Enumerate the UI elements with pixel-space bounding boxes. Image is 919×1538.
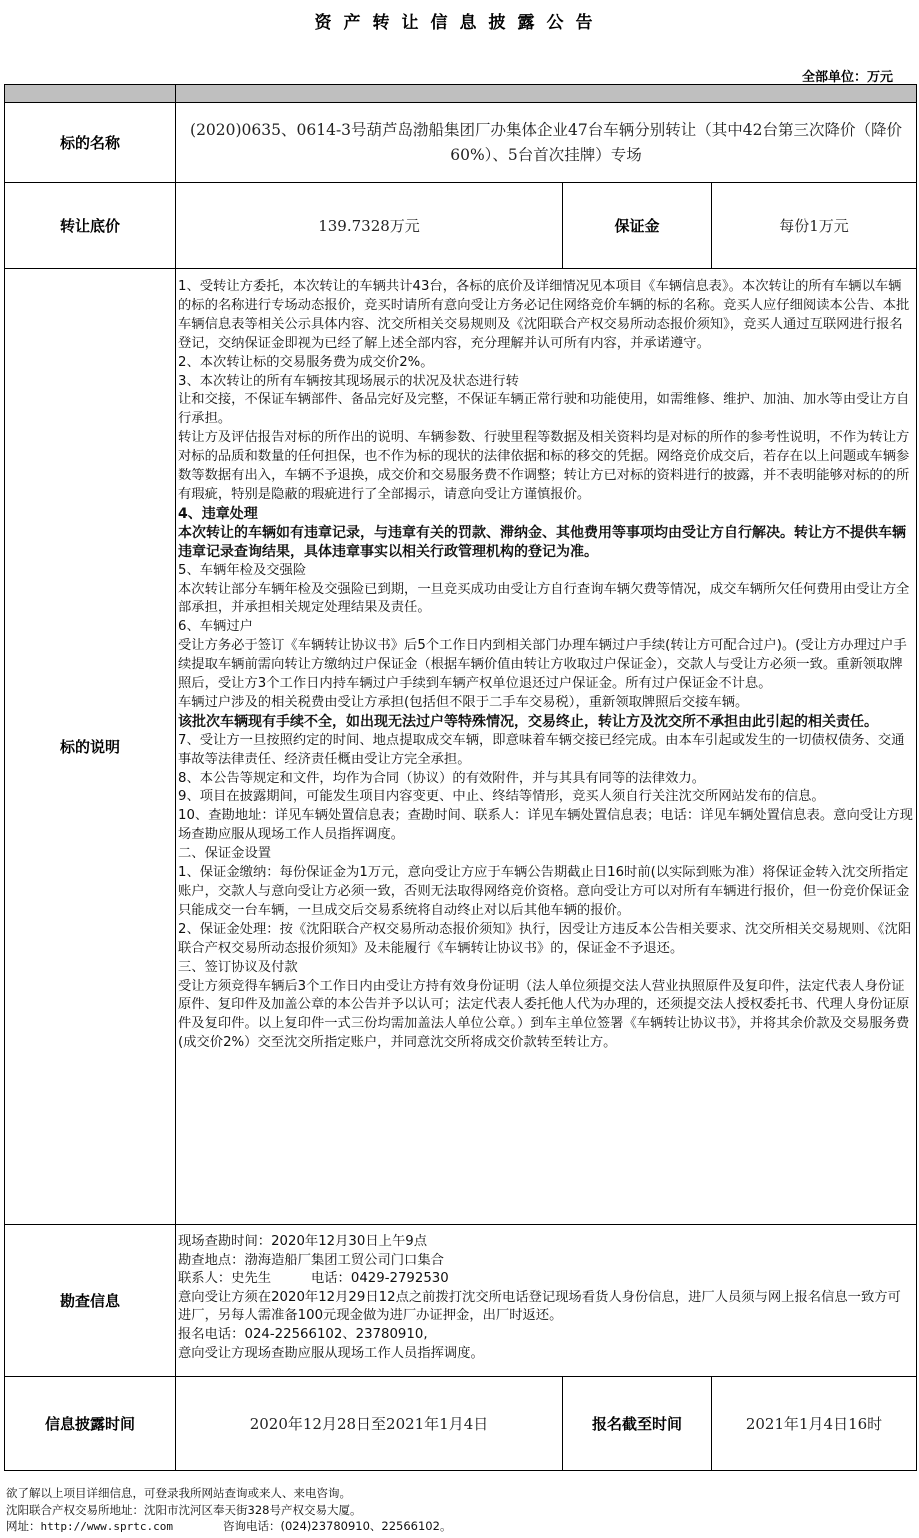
reserve-price-value: 139.7328万元 bbox=[176, 183, 563, 269]
description-paragraph: 7、受让方一旦按照约定的时间、地点提取成交车辆，即意味着车辆交接已经完成。由本车… bbox=[178, 732, 914, 770]
phone-value: (024)23780910、22566102。 bbox=[280, 1519, 451, 1533]
row-reserve-price: 转让底价 139.7328万元 保证金 每份1万元 bbox=[5, 183, 917, 269]
description-paragraph: 6、车辆过户 bbox=[178, 618, 914, 637]
description-paragraph: 本次转让的车辆如有违章记录，与违章有关的罚款、滞纳金、其他费用等事项均由受让方自… bbox=[178, 524, 914, 562]
description-paragraph: 让和交接，不保证车辆部件、备品完好及完整，不保证车辆正常行驶和功能使用，如需维修… bbox=[178, 391, 914, 429]
disclosure-table: 标的名称 (2020)0635、0614-3号葫芦岛渤船集团厂办集体企业47台车… bbox=[4, 84, 917, 1471]
description-paragraph: 受让方务必于签订《车辆转让协议书》后5个工作日内到相关部门办理车辆过户手续(转让… bbox=[178, 637, 914, 694]
description-paragraph: 5、车辆年检及交强险 bbox=[178, 562, 914, 581]
description-paragraph: 1、受转让方委托，本次转让的车辆共计43台，各标的底价及详细情况见本项目《车辆信… bbox=[178, 278, 914, 354]
footer-contact: 欲了解以上项目详细信息，可登录我所网站查询或来人、来电咨询。 沈阳联合产权交易所… bbox=[6, 1485, 451, 1536]
description-paragraph: 三、签订协议及付款 bbox=[178, 959, 914, 978]
inspection-line: 报名电话：024-22566102、23780910, bbox=[178, 1326, 914, 1345]
unit-note: 全部单位：万元 bbox=[802, 66, 893, 85]
registration-deadline-value: 2021年1月4日16时 bbox=[712, 1377, 917, 1471]
description-paragraph: 二、保证金设置 bbox=[178, 845, 914, 864]
description-paragraph: 10、查勘地址：详见车辆处置信息表；查勘时间、联系人：详见车辆处置信息表；电话：… bbox=[178, 807, 914, 845]
deposit-label: 保证金 bbox=[563, 183, 712, 269]
disclosure-time-label: 信息披露时间 bbox=[5, 1377, 176, 1471]
description-paragraph: 4、违章处理 bbox=[178, 505, 914, 524]
row-subject-name: 标的名称 (2020)0635、0614-3号葫芦岛渤船集团厂办集体企业47台车… bbox=[5, 103, 917, 183]
description-paragraph: 该批次车辆现有手续不全，如出现无法过户等特殊情况，交易终止，转让方及沈交所不承担… bbox=[178, 713, 914, 732]
description-paragraph: 本次转让部分车辆年检及交强险已到期，一旦竞买成功由受让方自行查询车辆欠费等情况，… bbox=[178, 581, 914, 619]
description-body: 1、受转让方委托，本次转让的车辆共计43台，各标的底价及详细情况见本项目《车辆信… bbox=[176, 269, 917, 1225]
footer-line-address: 沈阳联合产权交易所地址：沈阳市沈河区奉天街328号产权交易大厦。 bbox=[6, 1502, 451, 1519]
inspection-line: 联系人：史先生 电话：0429-2792530 bbox=[178, 1270, 914, 1289]
description-paragraph: 2、保证金处理：按《沈阳联合产权交易所动态报价须知》执行，因受让方违反本公告相关… bbox=[178, 921, 914, 959]
inspection-body: 现场查勘时间：2020年12月30日上午9点 勘查地点：渤海造船厂集团工贸公司门… bbox=[176, 1225, 917, 1377]
website-label: 网址： bbox=[6, 1519, 41, 1533]
row-disclosure-time: 信息披露时间 2020年12月28日至2021年1月4日 报名截至时间 2021… bbox=[5, 1377, 917, 1471]
description-paragraph: 3、本次转让的所有车辆按其现场展示的状况及状态进行转 bbox=[178, 373, 914, 392]
phone-label: 咨询电话： bbox=[223, 1519, 281, 1533]
inspection-label: 勘查信息 bbox=[5, 1225, 176, 1377]
disclosure-time-value: 2020年12月28日至2021年1月4日 bbox=[176, 1377, 563, 1471]
page-title: 资产转让信息披露公告 bbox=[0, 8, 919, 33]
registration-deadline-label: 报名截至时间 bbox=[563, 1377, 712, 1471]
description-label: 标的说明 bbox=[5, 269, 176, 1225]
inspection-line: 意向受让方须在2020年12月29日12点之前拨打沈交所电话登记现场看货人身份信… bbox=[178, 1289, 914, 1326]
row-description: 标的说明 1、受转让方委托，本次转让的车辆共计43台，各标的底价及详细情况见本项… bbox=[5, 269, 917, 1225]
row-inspection: 勘查信息 现场查勘时间：2020年12月30日上午9点 勘查地点：渤海造船厂集团… bbox=[5, 1225, 917, 1377]
website-link[interactable]: http://www.sprtc.com bbox=[41, 1520, 173, 1533]
reserve-price-label: 转让底价 bbox=[5, 183, 176, 269]
deposit-value: 每份1万元 bbox=[712, 183, 917, 269]
subject-name-label: 标的名称 bbox=[5, 103, 176, 183]
inspection-line: 意向受让方现场查勘应服从现场工作人员指挥调度。 bbox=[178, 1345, 914, 1364]
description-paragraph: 受让方须竞得车辆后3个工作日内由受让方持有效身份证明（法人单位须提交法人营业执照… bbox=[178, 978, 914, 1054]
description-paragraph: 车辆过户涉及的相关税费由受让方承担(包括但不限于二手车交易税），重新领取牌照后交… bbox=[178, 694, 914, 713]
footer-line-web: 网址：http://www.sprtc.com咨询电话：(024)2378091… bbox=[6, 1518, 451, 1536]
description-paragraph: 9、项目在披露期间，可能发生项目内容变更、中止、终结等情形，竞买人须自行关注沈交… bbox=[178, 788, 914, 807]
description-paragraph: 2、本次转让标的交易服务费为成交价2%。 bbox=[178, 354, 914, 373]
subject-name-value: (2020)0635、0614-3号葫芦岛渤船集团厂办集体企业47台车辆分别转让… bbox=[176, 103, 917, 183]
description-paragraph: 1、保证金缴纳：每份保证金为1万元，意向受让方应于车辆公告期截止日16时前(以实… bbox=[178, 864, 914, 921]
description-paragraph: 转让方及评估报告对标的所作出的说明、车辆参数、行驶里程等数据及相关资料均是对标的… bbox=[178, 429, 914, 505]
inspection-line: 勘查地点：渤海造船厂集团工贸公司门口集合 bbox=[178, 1252, 914, 1271]
footer-line-inquiry: 欲了解以上项目详细信息，可登录我所网站查询或来人、来电咨询。 bbox=[6, 1485, 451, 1502]
description-paragraph: 8、本公告等规定和文件，均作为合同（协议）的有效附件，并与其具有同等的法律效力。 bbox=[178, 770, 914, 789]
inspection-line: 现场查勘时间：2020年12月30日上午9点 bbox=[178, 1233, 914, 1252]
table-header-row bbox=[5, 85, 917, 103]
